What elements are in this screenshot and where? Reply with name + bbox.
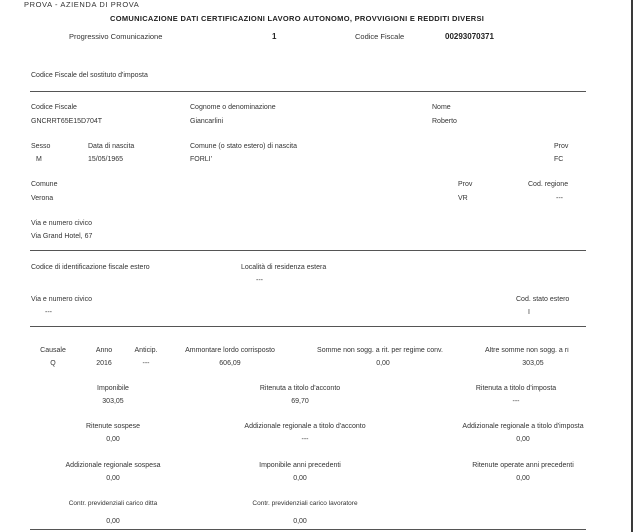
add-reg-sospesa-value: 0,00 [106,475,120,482]
sesso-label: Sesso [31,143,50,150]
altre-somme-value: 303,05 [522,360,543,367]
ritenute-sospese-label: Ritenute sospese [86,423,140,430]
cod-id-fiscale-estero-label: Codice di identificazione fiscale estero [31,264,150,271]
ammontare-value: 606,09 [219,360,240,367]
add-reg-imposta-value: 0,00 [516,436,530,443]
via-estero-value: --- [45,309,52,316]
ritenute-prec-value: 0,00 [516,475,530,482]
imponibile-prec-value: 0,00 [293,475,307,482]
ritenuta-imposta-label: Ritenuta a titolo d'imposta [476,385,556,392]
via-estero-label: Via e numero civico [31,296,92,303]
document-title: COMUNICAZIONE DATI CERTIFICAZIONI LAVORO… [110,14,484,23]
via-label: Via e numero civico [31,220,92,227]
anno-value: 2016 [96,360,112,367]
data-nascita-value: 15/05/1965 [88,156,123,163]
ammontare-label: Ammontare lordo corrisposto [185,347,275,354]
causale-label: Causale [40,347,66,354]
contr-ditta-label: Contr. previdenziali carico ditta [69,500,158,507]
company-name: PROVA - AZIENDA DI PROVA [24,0,139,9]
ritenute-sospese-value: 0,00 [106,436,120,443]
causale-value: Q [50,360,55,367]
divider [30,529,586,530]
divider [30,91,586,92]
add-reg-imposta-label: Addizionale regionale a titolo d'imposta [462,423,583,430]
ritenute-prec-label: Ritenute operate anni precedenti [472,462,574,469]
sesso-value: M [36,156,42,163]
cod-stato-estero-value: I [528,309,530,316]
ritenuta-imposta-value: --- [513,398,520,405]
comune-nascita-value: FORLI' [190,156,212,163]
add-reg-acconto-label: Addizionale regionale a titolo d'acconto [244,423,365,430]
cod-regione-value: --- [556,195,563,202]
divider [30,326,586,327]
prov-value: VR [458,195,468,202]
add-reg-sospesa-label: Addizionale regionale sospesa [66,462,161,469]
prov-nascita-value: FC [554,156,563,163]
comune-label: Comune [31,181,57,188]
via-value: Via Grand Hotel, 67 [31,233,92,240]
header-codice-fiscale-label: Codice Fiscale [355,32,404,41]
altre-somme-label: Altre somme non sogg. a ri [485,347,631,354]
contr-lavoratore-label: Contr. previdenziali carico lavoratore [252,500,357,507]
localita-estera-label: Località di residenza estera [241,264,326,271]
header-codice-fiscale-value: 00293070371 [445,32,494,41]
contr-ditta-value: 0,00 [106,518,120,525]
cf-value: GNCRRT65E15D704T [31,118,102,125]
cod-regione-label: Cod. regione [528,181,568,188]
cod-stato-estero-label: Cod. stato estero [516,296,569,303]
imponibile-prec-label: Imponibile anni precedenti [259,462,341,469]
progressivo-value: 1 [272,32,276,41]
anticip-label: Anticip. [135,347,158,354]
ritenuta-acconto-label: Ritenuta a titolo d'acconto [260,385,340,392]
add-reg-acconto-value: --- [302,436,309,443]
ritenuta-acconto-value: 69,70 [291,398,309,405]
contr-lavoratore-value: 0,00 [293,518,307,525]
data-nascita-label: Data di nascita [88,143,134,150]
anno-label: Anno [96,347,112,354]
nome-label: Nome [432,104,451,111]
cognome-value: Giancarlini [190,118,223,125]
imponibile-value: 303,05 [102,398,123,405]
comune-nascita-label: Comune (o stato estero) di nascita [190,143,297,150]
somme-regime-value: 0,00 [376,360,390,367]
comune-value: Verona [31,195,53,202]
progressivo-label: Progressivo Comunicazione [69,32,162,41]
prov-label: Prov [458,181,472,188]
localita-estera-value: --- [256,277,263,284]
nome-value: Roberto [432,118,457,125]
imponibile-label: Imponibile [97,385,129,392]
cf-label: Codice Fiscale [31,104,77,111]
divider [30,250,586,251]
cognome-label: Cognome o denominazione [190,104,276,111]
prov-nascita-label: Prov [554,143,568,150]
anticip-value: --- [143,360,150,367]
somme-regime-label: Somme non sogg. a rit. per regime conv. [317,347,443,354]
sostituto-label: Codice Fiscale del sostituto d'imposta [31,72,148,79]
